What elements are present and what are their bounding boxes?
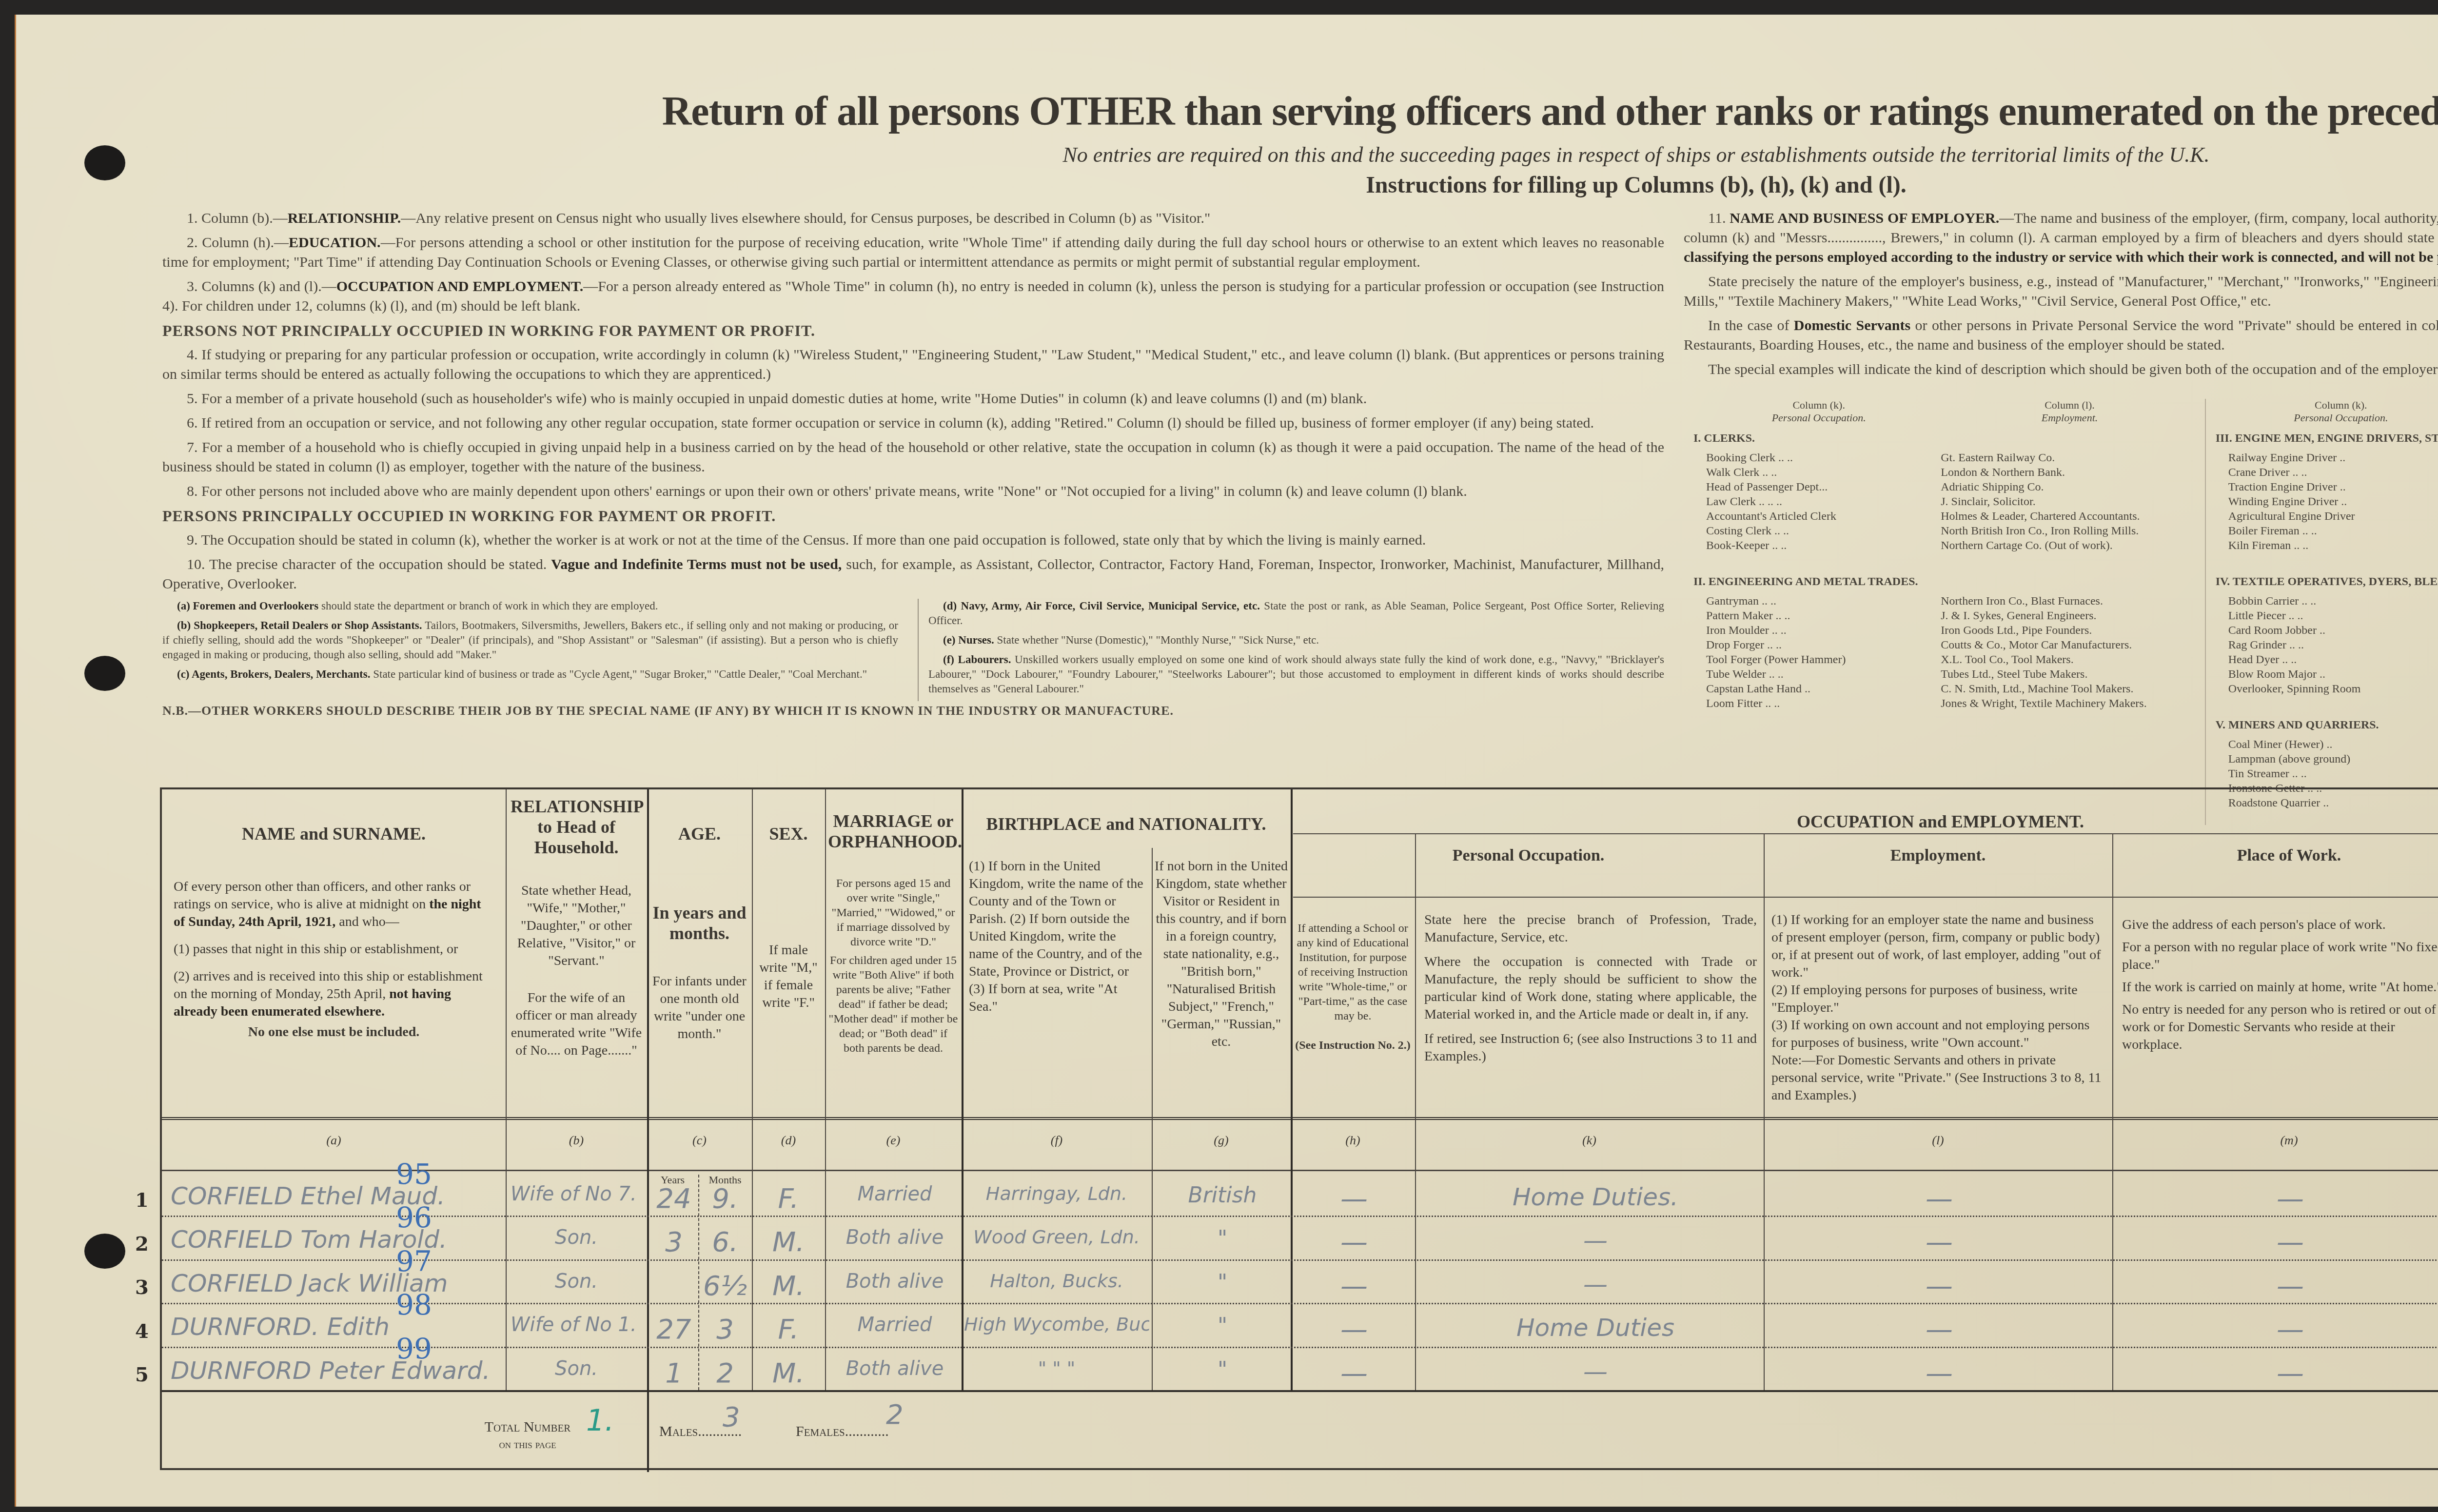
example-row: Crane Driver .. ..R. & L. Thomas, Brewer… — [2216, 465, 2438, 480]
instructions-right: 11. NAME AND BUSINESS OF EMPLOYER.—The n… — [1684, 209, 2438, 825]
example-occupation: Tool Forger (Power Hammer) — [1706, 652, 1941, 667]
example-category: II. ENGINEERING AND METAL TRADES. — [1693, 574, 2195, 589]
example-row: Agricultural Engine DriverJ. Brown, Farm… — [2216, 509, 2438, 524]
example-employment: Tubes Ltd., Steel Tube Makers. — [1941, 667, 2195, 682]
table-row: 195CORFIELD Ethel Maud.Wife of No 7. Pag… — [162, 1172, 2438, 1216]
header-employment: Employment. — [1764, 845, 2112, 866]
row-number: 2 — [135, 1233, 149, 1256]
note-d: (d) Navy, Army, Air Force, Civil Service… — [928, 599, 1664, 628]
punch-hole — [84, 656, 125, 691]
cell-sex: M. — [757, 1270, 820, 1302]
examples-table: Column (k).Personal Occupation.Column (l… — [1684, 399, 2438, 825]
note-a: (a) Foremen and Overlookers should state… — [162, 599, 898, 613]
example-employment: Jones & Wright, Textile Machinery Makers… — [1941, 696, 2195, 711]
data-rows: 195CORFIELD Ethel Maud.Wife of No 7. Pag… — [162, 1172, 2438, 1390]
cell-birthplace: " " " — [964, 1357, 1149, 1379]
punch-hole — [84, 1234, 125, 1269]
example-occupation: Capstan Lathe Hand .. — [1706, 682, 1941, 696]
instruction-4: 4. If studying or preparing for any part… — [162, 345, 1664, 384]
col-letter: (b) — [506, 1133, 647, 1148]
instruction-11: 11. NAME AND BUSINESS OF EMPLOYER.—The n… — [1684, 209, 2438, 267]
cell-years: 24 — [649, 1183, 698, 1215]
col-letter: (f) — [962, 1133, 1152, 1148]
cell-months: 3 — [701, 1314, 749, 1345]
cell-relationship: Son. — [511, 1357, 642, 1380]
example-employment: Northern Cartage Co. (Out of work). — [1941, 538, 2195, 553]
example-row: Head Dyer .. ..Green & Brown, Stuff Manu… — [2216, 652, 2438, 667]
instruction-11-p4: The special examples will indicate the k… — [1684, 360, 2438, 379]
example-occupation: Card Room Jobber .. — [2228, 623, 2438, 638]
nb-note: N.B.—OTHER WORKERS SHOULD DESCRIBE THEIR… — [162, 701, 1664, 721]
section-heading: PERSONS PRINCIPALLY OCCUPIED IN WORKING … — [162, 506, 1664, 526]
example-row: Card Room Jobber ..X.Y.Z. Spinning Co., … — [2216, 623, 2438, 638]
example-employment: C. N. Smith, Ltd., Machine Tool Makers. — [1941, 682, 2195, 696]
cell-months: 9. — [701, 1183, 749, 1215]
example-row: Tool Forger (Power Hammer)X.L. Tool Co.,… — [1693, 652, 2195, 667]
instruction-3: 3. Columns (k) and (l).—OCCUPATION AND E… — [162, 277, 1664, 316]
header-employment-body: (1) If working for an employer state the… — [1764, 911, 2112, 1104]
row-number: 4 — [135, 1320, 149, 1343]
example-employment: J. & I. Sykes, General Engineers. — [1941, 609, 2195, 623]
col-letter: (c) — [647, 1133, 752, 1148]
note-c: (c) Agents, Brokers, Dealers, Merchants.… — [162, 667, 898, 682]
total-number-value: 1. — [586, 1404, 614, 1438]
example-row: Costing Clerk .. ..North British Iron Co… — [1693, 524, 2195, 538]
cell-nationality: " — [1157, 1226, 1288, 1251]
example-row: Loom Fitter .. ..Jones & Wright, Textile… — [1693, 696, 2195, 711]
example-row: Book-Keeper .. ..Northern Cartage Co. (O… — [1693, 538, 2195, 553]
page-title: Return of all persons OTHER than serving… — [16, 88, 2438, 135]
example-occupation: Bobbin Carrier .. .. — [2228, 594, 2438, 609]
row-number: 5 — [135, 1363, 149, 1386]
example-occupation: Boiler Fireman .. .. — [2228, 524, 2438, 538]
instruction-2: 2. Column (h).—EDUCATION.—For persons at… — [162, 233, 1664, 272]
person-name: DURNFORD Peter Edward. — [171, 1356, 490, 1385]
cell-education: — — [1298, 1314, 1410, 1345]
person-name: DURNFORD. Edith — [171, 1313, 390, 1341]
instruction-5: 5. For a member of a private household (… — [162, 389, 1664, 409]
col-k-header: Column (k).Personal Occupation. — [1693, 399, 1944, 424]
example-occupation: Agricultural Engine Driver — [2228, 509, 2438, 524]
instruction-8: 8. For other persons not included above … — [162, 482, 1664, 501]
cell-occupation: Home Duties — [1430, 1314, 1761, 1342]
header-birthplace-uk: (1) If born in the United Kingdom, write… — [964, 858, 1152, 1016]
example-row: Rag Grinder .. ..Slaithwaite & Co., Shod… — [2216, 638, 2438, 652]
example-category: I. CLERKS. — [1693, 431, 2195, 446]
cell-employment: — — [1771, 1270, 2107, 1302]
females-value: 2 — [886, 1399, 904, 1431]
example-occupation: Overlooker, Spinning Room — [2228, 682, 2438, 696]
example-occupation: Blow Room Major .. — [2228, 667, 2438, 682]
cell-employment: — — [1771, 1357, 2107, 1389]
example-occupation: Booking Clerk .. .. — [1706, 451, 1941, 465]
example-row: Lampman (above ground)Llanfan Colliery C… — [2216, 752, 2438, 766]
cell-employment: — — [1771, 1314, 2107, 1345]
header-divider — [162, 1117, 2438, 1120]
example-occupation: Law Clerk .. .. .. — [1706, 494, 1941, 509]
example-row: Pattern Maker .. ..J. & I. Sykes, Genera… — [1693, 609, 2195, 623]
example-row: Tube Welder .. ..Tubes Ltd., Steel Tube … — [1693, 667, 2195, 682]
header-personal-occupation: Personal Occupation. — [1293, 845, 1764, 866]
cell-employment: — — [1771, 1226, 2107, 1258]
occupation-subnotes: (a) Foremen and Overlookers should state… — [162, 599, 1664, 701]
example-occupation: Coal Miner (Hewer) .. — [2228, 737, 2438, 752]
cell-occupation: — — [1430, 1226, 1761, 1255]
table-row: 599DURNFORD Peter Edward.Son.12M.Both al… — [162, 1347, 2438, 1390]
example-occupation: Pattern Maker .. .. — [1706, 609, 1941, 623]
col-letter: (h) — [1291, 1133, 1415, 1148]
example-employment: Coutts & Co., Motor Car Manufacturers. — [1941, 638, 2195, 652]
example-employment: X.L. Tool Co., Tool Makers. — [1941, 652, 2195, 667]
example-occupation: Book-Keeper .. .. — [1706, 538, 1941, 553]
col-letter: (m) — [2112, 1133, 2438, 1148]
example-occupation: Lampman (above ground) — [2228, 752, 2438, 766]
enumeration-table: NAME and SURNAME. Of every person other … — [160, 787, 2438, 1470]
example-employment: North British Iron Co., Iron Rolling Mil… — [1941, 524, 2195, 538]
instruction-11-p3: In the case of Domestic Servants or othe… — [1684, 316, 2438, 355]
col-letter: (a) — [162, 1133, 506, 1148]
row-number: 3 — [135, 1276, 149, 1299]
example-row: Walk Clerk .. ..London & Northern Bank. — [1693, 465, 2195, 480]
cell-months: 2 — [701, 1357, 749, 1389]
example-row: Tin Streamer .. ..Penpol Mining Co., Tin… — [2216, 766, 2438, 781]
header-occupation: OCCUPATION and EMPLOYMENT. — [1415, 811, 2438, 832]
example-row: Law Clerk .. .. ..J. Sinclair, Solicitor… — [1693, 494, 2195, 509]
example-occupation: Rag Grinder .. .. — [2228, 638, 2438, 652]
example-row: Drop Forger .. ..Coutts & Co., Motor Car… — [1693, 638, 2195, 652]
example-row: Gantryman .. ..Northern Iron Co., Blast … — [1693, 594, 2195, 609]
example-employment: London & Northern Bank. — [1941, 465, 2195, 480]
cell-sex: M. — [757, 1226, 820, 1258]
cell-nationality: British — [1157, 1183, 1288, 1208]
col-letter: (e) — [825, 1133, 962, 1148]
example-occupation: Walk Clerk .. .. — [1706, 465, 1941, 480]
header-name: NAME and SURNAME. Of every person other … — [162, 789, 506, 1117]
cell-occupation: Home Duties. — [1430, 1183, 1761, 1211]
instruction-6: 6. If retired from an occupation or serv… — [162, 413, 1664, 433]
cell-relationship: Son. — [511, 1226, 642, 1249]
header-birthplace: BIRTHPLACE and NATIONALITY. — [962, 814, 1291, 834]
instruction-9: 9. The Occupation should be stated in co… — [162, 530, 1664, 550]
example-row: Winding Engine Driver ..Derbyshire Colli… — [2216, 494, 2438, 509]
example-row: Kiln Fireman .. ..Nunnery Brick Co., Bri… — [2216, 538, 2438, 553]
col-k-header: Column (k).Personal Occupation. — [2216, 399, 2438, 424]
col-letter: (k) — [1415, 1133, 1764, 1148]
header-sex: SEX. If male write "M," if female write … — [752, 789, 825, 1117]
cell-relationship: Son. — [511, 1270, 642, 1293]
instructions-left: 1. Column (b).—RELATIONSHIP.—Any relativ… — [162, 209, 1664, 726]
cell-years: 27 — [649, 1314, 698, 1345]
cell-years: 1 — [649, 1357, 698, 1389]
example-occupation: Head Dyer .. .. — [2228, 652, 2438, 667]
header-occupation-body: State here the precise branch of Profess… — [1417, 911, 1764, 1065]
header-marriage: MARRIAGE or ORPHANHOOD. For persons aged… — [825, 789, 962, 1117]
example-occupation: Tube Welder .. .. — [1706, 667, 1941, 682]
cell-relationship: Wife of No 7. Page 2. — [511, 1183, 642, 1205]
census-page: Page 1. Return of all persons OTHER than… — [15, 15, 2438, 1507]
example-category: V. MINERS AND QUARRIERS. — [2216, 718, 2438, 732]
example-occupation: Iron Moulder .. .. — [1706, 623, 1941, 638]
cell-months: 6. — [701, 1226, 749, 1258]
example-employment: Northern Iron Co., Blast Furnaces. — [1941, 594, 2195, 609]
header-place-of-work: Place of Work. — [2112, 845, 2438, 866]
total-number-label: Total Number on this page — [450, 1418, 606, 1453]
rows-end-divider — [162, 1390, 2438, 1392]
cell-nationality: " — [1157, 1314, 1288, 1338]
cell-birthplace: Wood Green, Ldn. — [964, 1226, 1149, 1248]
males-label: Males............ — [659, 1423, 771, 1440]
table-row: 397CORFIELD Jack WilliamSon.6½M.Both ali… — [162, 1259, 2438, 1303]
table-row: 296CORFIELD Tom Harold.Son.36.M.Both ali… — [162, 1216, 2438, 1259]
row-number: 1 — [135, 1189, 149, 1212]
cell-relationship: Wife of No 1. Page 4. — [511, 1314, 642, 1336]
instructions-title: Instructions for filling up Columns (b),… — [16, 172, 2438, 198]
example-employment: J. Sinclair, Solicitor. — [1941, 494, 2195, 509]
cell-birthplace: High Wycombe, Bucks. — [964, 1314, 1149, 1335]
example-occupation: Drop Forger .. .. — [1706, 638, 1941, 652]
example-occupation: Traction Engine Driver .. — [2228, 480, 2438, 494]
example-occupation: Winding Engine Driver .. — [2228, 494, 2438, 509]
header-education: If attending a School or any kind of Edu… — [1291, 921, 1415, 1053]
example-row: Overlooker, Spinning RoomBlack & Co., Si… — [2216, 682, 2438, 696]
examples-column: Column (k).Personal Occupation.Column (l… — [2205, 399, 2438, 825]
example-row: Bobbin Carrier .. ..X.Y.Z. Spinning Co.,… — [2216, 594, 2438, 609]
example-row: Little Piecer .. ..X.Y.Z. Spinning Co., … — [2216, 609, 2438, 623]
example-occupation: Kiln Fireman .. .. — [2228, 538, 2438, 553]
cell-nationality: " — [1157, 1270, 1288, 1295]
schedule-number-stamp: 98 — [396, 1288, 432, 1321]
letter-divider — [162, 1170, 2438, 1171]
example-occupation: Little Piecer .. .. — [2228, 609, 2438, 623]
instruction-7: 7. For a member of a household who is ch… — [162, 438, 1664, 477]
example-row: Head of Passenger Dept...Adriatic Shippi… — [1693, 480, 2195, 494]
cell-birthplace: Harringay, Ldn. — [964, 1183, 1149, 1204]
cell-marriage: Married — [829, 1183, 961, 1205]
example-row: Accountant's Articled ClerkHolmes & Lead… — [1693, 509, 2195, 524]
example-occupation: Railway Engine Driver .. — [2228, 451, 2438, 465]
example-row: Blow Room Major ..Jackson & Co., Cotton … — [2216, 667, 2438, 682]
col-l-header: Column (l).Employment. — [1944, 399, 2195, 424]
header-relationship: RELATIONSHIP to Head of Household. State… — [506, 789, 647, 1117]
cell-marriage: Married — [829, 1314, 961, 1336]
col-letter: (d) — [752, 1133, 825, 1148]
col-letter: (g) — [1152, 1133, 1291, 1148]
example-employment: Adriatic Shipping Co. — [1941, 480, 2195, 494]
section-heading: PERSONS NOT PRINCIPALLY OCCUPIED IN WORK… — [162, 321, 1664, 340]
example-employment: Holmes & Leader, Chartered Accountants. — [1941, 509, 2195, 524]
col-letter: (l) — [1764, 1133, 2112, 1148]
note-b: (b) Shopkeepers, Retail Dealers or Shop … — [162, 618, 898, 662]
header-place-of-work-body: Give the address of each person's place … — [2112, 916, 2438, 1054]
example-employment: Gt. Eastern Railway Co. — [1941, 451, 2195, 465]
cell-place-of-work: — — [2122, 1314, 2438, 1345]
cell-birthplace: Halton, Bucks. — [964, 1270, 1149, 1292]
example-row: Capstan Lathe Hand ..C. N. Smith, Ltd., … — [1693, 682, 2195, 696]
instruction-10: 10. The precise character of the occupat… — [162, 555, 1664, 594]
table-row: 498DURNFORD. EdithWife of No 1. Page 4.2… — [162, 1303, 2438, 1346]
cell-employment: — — [1771, 1183, 2107, 1215]
example-row: Traction Engine Driver ..Seaton Urban Di… — [2216, 480, 2438, 494]
example-occupation: Head of Passenger Dept... — [1706, 480, 1941, 494]
cell-nationality: " — [1157, 1357, 1288, 1382]
males-value: 3 — [723, 1401, 740, 1433]
cell-place-of-work: — — [2122, 1357, 2438, 1389]
example-occupation: Costing Clerk .. .. — [1706, 524, 1941, 538]
example-row: Boiler Fireman .. ..J. Thorpe, Joinery W… — [2216, 524, 2438, 538]
example-row: Railway Engine Driver ..Midland Railway … — [2216, 451, 2438, 465]
example-row: Coal Miner (Hewer) ..Llanfan Colliery Co… — [2216, 737, 2438, 752]
cell-occupation: — — [1430, 1357, 1761, 1386]
example-row: Booking Clerk .. ..Gt. Eastern Railway C… — [1693, 451, 2195, 465]
cell-marriage: Both alive — [829, 1357, 961, 1380]
instruction-11-p2: State precisely the nature of the employ… — [1684, 272, 2438, 311]
example-category: III. ENGINE MEN, ENGINE DRIVERS, STOKERS… — [2216, 431, 2438, 446]
cell-place-of-work: — — [2122, 1183, 2438, 1215]
cell-place-of-work: — — [2122, 1270, 2438, 1302]
note-e: (e) Nurses. State whether "Nurse (Domest… — [928, 633, 1664, 648]
females-label: Females............ — [796, 1423, 923, 1440]
cell-sex: F. — [757, 1183, 820, 1215]
cell-education: — — [1298, 1357, 1410, 1389]
example-occupation: Loom Fitter .. .. — [1706, 696, 1941, 711]
example-occupation: Accountant's Articled Clerk — [1706, 509, 1941, 524]
example-occupation: Tin Streamer .. .. — [2228, 766, 2438, 781]
header-age: AGE. In years and months. For infants un… — [647, 789, 752, 1117]
header-nationality: If not born in the United Kingdom, state… — [1152, 858, 1291, 1051]
example-row: Iron Moulder .. ..Iron Goods Ltd., Pipe … — [1693, 623, 2195, 638]
example-occupation: Gantryman .. .. — [1706, 594, 1941, 609]
cell-years: 3 — [649, 1226, 698, 1258]
cell-education: — — [1298, 1270, 1410, 1302]
cell-education: — — [1298, 1226, 1410, 1258]
instruction-1: 1. Column (b).—RELATIONSHIP.—Any relativ… — [162, 209, 1664, 228]
cell-sex: F. — [757, 1314, 820, 1345]
example-category: IV. TEXTILE OPERATIVES, DYERS, BLEACHERS… — [2216, 574, 2438, 589]
examples-column: Column (k).Personal Occupation.Column (l… — [1684, 399, 2205, 825]
note-f: (f) Labourers. Unskilled workers usually… — [928, 652, 1664, 696]
page-subtitle: No entries are required on this and the … — [16, 142, 2438, 167]
example-employment: Iron Goods Ltd., Pipe Founders. — [1941, 623, 2195, 638]
cell-place-of-work: — — [2122, 1226, 2438, 1258]
cell-marriage: Both alive — [829, 1270, 961, 1293]
cell-marriage: Both alive — [829, 1226, 961, 1249]
example-occupation: Crane Driver .. .. — [2228, 465, 2438, 480]
cell-education: — — [1298, 1183, 1410, 1215]
cell-months: 6½ — [701, 1270, 749, 1302]
cell-sex: M. — [757, 1357, 820, 1389]
cell-occupation: — — [1430, 1270, 1761, 1298]
